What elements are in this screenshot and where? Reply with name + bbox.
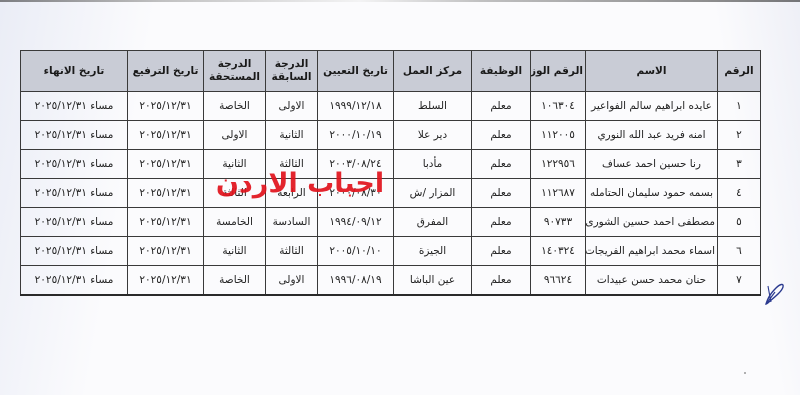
work-center-cell: مأدبا <box>394 150 472 179</box>
signature-icon <box>762 282 788 306</box>
due-grade-cell: الثانية <box>204 150 266 179</box>
employee-name-cell: اسماء محمد ابراهيم الفريجات <box>586 237 718 266</box>
appointment-date-cell: ٢٠٠٥/١٠/١٠ <box>318 237 394 266</box>
due-grade-cell: الثانية <box>204 237 266 266</box>
previous-grade-cell: الرابعة <box>266 179 318 208</box>
due-grade-cell: الخاصة <box>204 92 266 121</box>
previous-grade-cell: الاولى <box>266 92 318 121</box>
employee-name-cell: بسمه حمود سليمان الحتامله <box>586 179 718 208</box>
previous-grade-cell: الثالثة <box>266 150 318 179</box>
header-previous-grade: الدرجة السابقة <box>266 51 318 92</box>
work-center-cell: دير علا <box>394 121 472 150</box>
due-grade-cell: الخامسة <box>204 208 266 237</box>
row-index-cell: ٤ <box>718 179 761 208</box>
appointment-date-cell: ١٩٩٦/٠٨/١٩ <box>318 266 394 296</box>
appointment-date-cell: ١٩٩٩/١٢/١٨ <box>318 92 394 121</box>
header-appointment-date: تاريخ التعيين <box>318 51 394 92</box>
end-date-cell: مساء ٢٠٢٥/١٢/٣١ <box>21 179 128 208</box>
job-title-cell: معلم <box>472 92 531 121</box>
due-grade-cell: الثالثة <box>204 179 266 208</box>
header-end-date: تاريخ الانهاء <box>21 51 128 92</box>
ministry-number-cell: ٩٦٦٢٤ <box>531 266 586 296</box>
ministry-number-cell: ١١٢٠٠٥ <box>531 121 586 150</box>
work-center-cell: السلط <box>394 92 472 121</box>
header-previous-grade-label: الدرجة السابقة <box>271 58 311 83</box>
job-title-cell: معلم <box>472 237 531 266</box>
job-title-cell: معلم <box>472 266 531 296</box>
header-index: الرقم <box>718 51 761 92</box>
end-date-cell: مساء ٢٠٢٥/١٢/٣١ <box>21 208 128 237</box>
table-row: ٢امنه فريد عبد الله النوري١١٢٠٠٥معلمدير … <box>21 121 761 150</box>
row-index-cell: ٧ <box>718 266 761 296</box>
work-center-cell: عين الباشا <box>394 266 472 296</box>
promotion-date-cell: ٢٠٢٥/١٢/٣١ <box>128 266 204 296</box>
work-center-cell: الجيزة <box>394 237 472 266</box>
job-title-cell: معلم <box>472 208 531 237</box>
end-date-cell: مساء ٢٠٢٥/١٢/٣١ <box>21 266 128 296</box>
table-header-row: الرقم الاسم الرقم الوزاري الوظيفة مركز ا… <box>21 51 761 92</box>
header-work-center: مركز العمل <box>394 51 472 92</box>
ministry-number-cell: ١٠٦٣٠٤ <box>531 92 586 121</box>
table-row: ٦اسماء محمد ابراهيم الفريجات١٤٠٣٢٤معلمال… <box>21 237 761 266</box>
promotion-date-cell: ٢٠٢٥/١٢/٣١ <box>128 150 204 179</box>
job-title-cell: معلم <box>472 179 531 208</box>
row-index-cell: ٥ <box>718 208 761 237</box>
header-due-grade-label: الدرجة المستحقة <box>209 58 260 83</box>
previous-grade-cell: الاولى <box>266 266 318 296</box>
header-promotion-date: تاريخ الترفيع <box>128 51 204 92</box>
employee-name-cell: مصطفى احمد حسين الشورى <box>586 208 718 237</box>
scan-speck <box>744 372 746 374</box>
job-title-cell: معلم <box>472 121 531 150</box>
previous-grade-cell: السادسة <box>266 208 318 237</box>
employee-name-cell: امنه فريد عبد الله النوري <box>586 121 718 150</box>
row-index-cell: ١ <box>718 92 761 121</box>
scan-edge <box>0 0 800 2</box>
appointment-date-cell: ٢٠٠٣/٠٨/٢٤ <box>318 150 394 179</box>
promotion-date-cell: ٢٠٢٥/١٢/٣١ <box>128 237 204 266</box>
table-row: ٧حنان محمد حسن عبيدات٩٦٦٢٤معلمعين الباشا… <box>21 266 761 296</box>
ministry-number-cell: ١٤٠٣٢٤ <box>531 237 586 266</box>
row-index-cell: ٦ <box>718 237 761 266</box>
table-body: ١عايده ابراهيم سالم الفواعير١٠٦٣٠٤معلمال… <box>21 92 761 296</box>
header-job: الوظيفة <box>472 51 531 92</box>
appointment-date-cell: ٢٠٠٠/٠٨/٣٠ <box>318 179 394 208</box>
due-grade-cell: الخاصة <box>204 266 266 296</box>
promotion-date-cell: ٢٠٢٥/١٢/٣١ <box>128 208 204 237</box>
work-center-cell: المفرق <box>394 208 472 237</box>
employee-name-cell: حنان محمد حسن عبيدات <box>586 266 718 296</box>
due-grade-cell: الاولى <box>204 121 266 150</box>
job-title-cell: معلم <box>472 150 531 179</box>
promotion-date-cell: ٢٠٢٥/١٢/٣١ <box>128 121 204 150</box>
promotion-date-cell: ٢٠٢٥/١٢/٣١ <box>128 92 204 121</box>
employee-name-cell: رنا حسين احمد عساف <box>586 150 718 179</box>
previous-grade-cell: الثانية <box>266 121 318 150</box>
header-name: الاسم <box>586 51 718 92</box>
header-ministry-number: الرقم الوزاري <box>531 51 586 92</box>
row-index-cell: ٣ <box>718 150 761 179</box>
row-index-cell: ٢ <box>718 121 761 150</box>
ministry-number-cell: ١٢٢٩٥٦ <box>531 150 586 179</box>
table-row: ٤بسمه حمود سليمان الحتامله١١٢٦٨٧معلمالمز… <box>21 179 761 208</box>
end-date-cell: مساء ٢٠٢٥/١٢/٣١ <box>21 92 128 121</box>
appointment-date-cell: ١٩٩٤/٠٩/١٢ <box>318 208 394 237</box>
header-due-grade: الدرجة المستحقة <box>204 51 266 92</box>
end-date-cell: مساء ٢٠٢٥/١٢/٣١ <box>21 150 128 179</box>
records-table: الرقم الاسم الرقم الوزاري الوظيفة مركز ا… <box>20 50 761 296</box>
table-row: ١عايده ابراهيم سالم الفواعير١٠٦٣٠٤معلمال… <box>21 92 761 121</box>
promotion-date-cell: ٢٠٢٥/١٢/٣١ <box>128 179 204 208</box>
end-date-cell: مساء ٢٠٢٥/١٢/٣١ <box>21 121 128 150</box>
end-date-cell: مساء ٢٠٢٥/١٢/٣١ <box>21 237 128 266</box>
work-center-cell: المزار /ش <box>394 179 472 208</box>
ministry-number-cell: ١١٢٦٨٧ <box>531 179 586 208</box>
table-row: ٥مصطفى احمد حسين الشورى٩٠٧٣٣معلمالمفرق١٩… <box>21 208 761 237</box>
table-row: ٣رنا حسين احمد عساف١٢٢٩٥٦معلممأدبا٢٠٠٣/٠… <box>21 150 761 179</box>
previous-grade-cell: الثالثة <box>266 237 318 266</box>
employee-name-cell: عايده ابراهيم سالم الفواعير <box>586 92 718 121</box>
appointment-date-cell: ٢٠٠٠/١٠/١٩ <box>318 121 394 150</box>
ministry-number-cell: ٩٠٧٣٣ <box>531 208 586 237</box>
